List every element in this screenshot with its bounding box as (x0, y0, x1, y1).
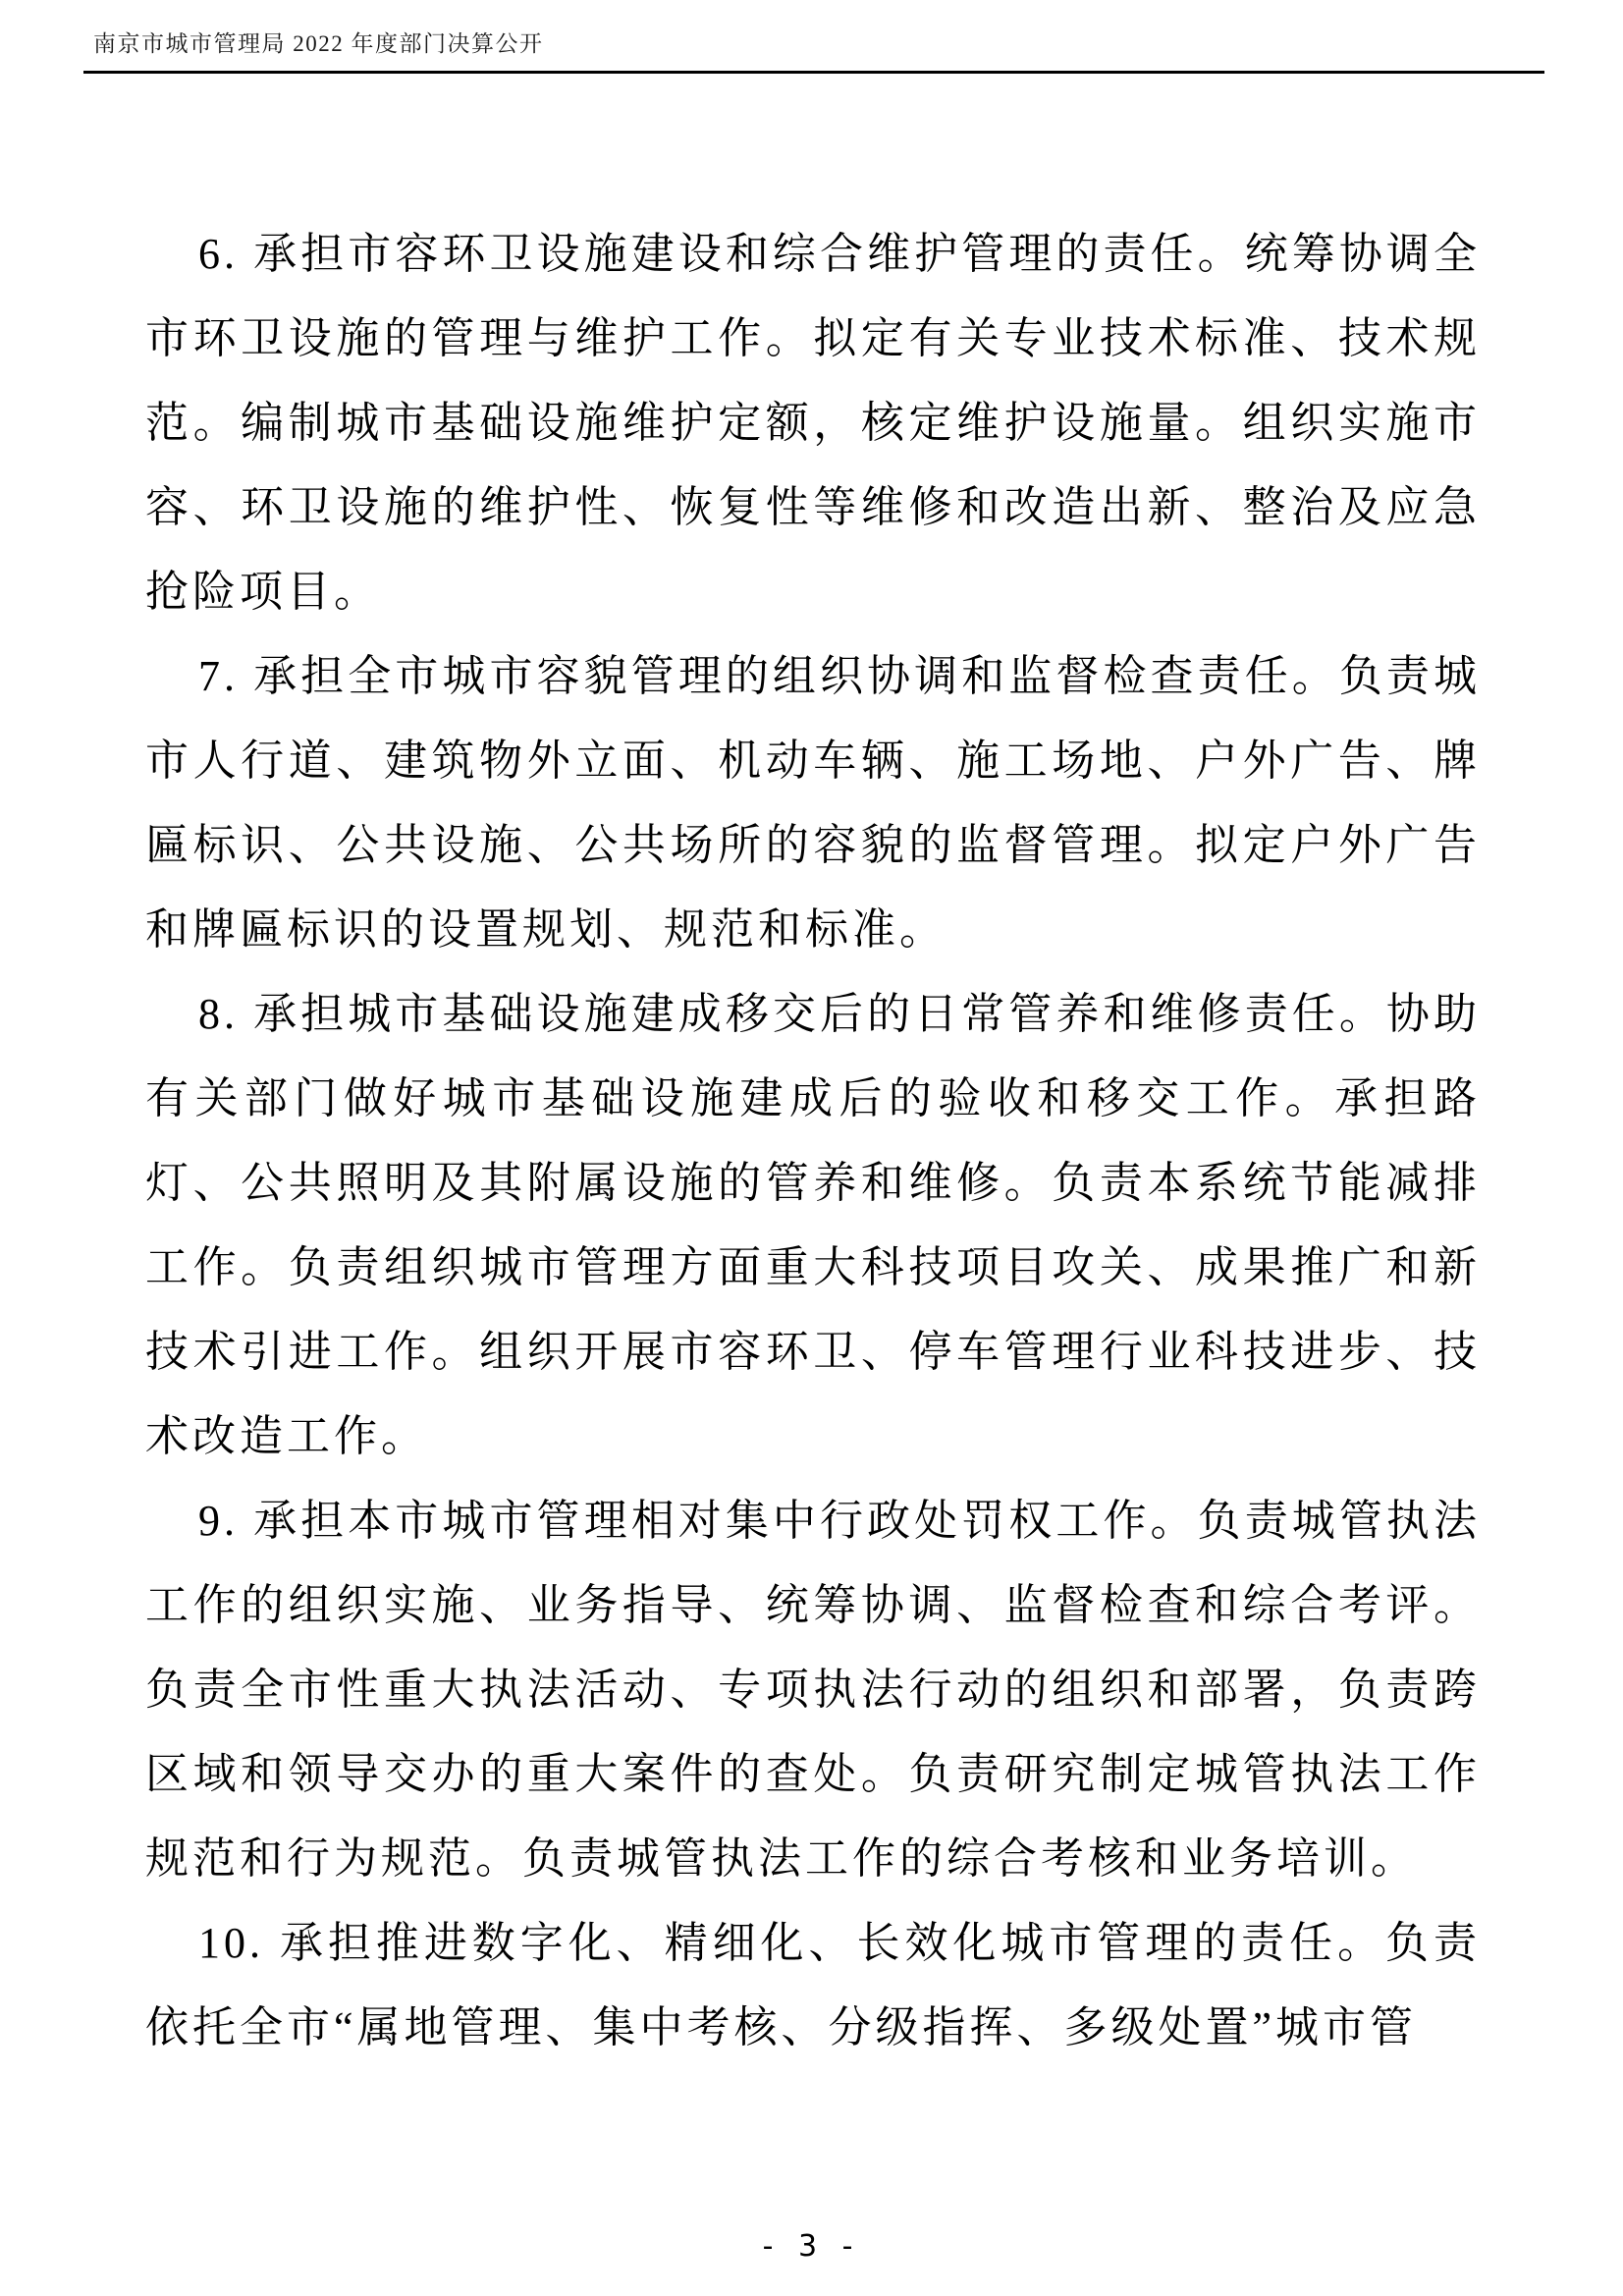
body-paragraph-6: 6. 承担市容环卫设施建设和综合维护管理的责任。统筹协调全市环卫设施的管理与维护… (145, 212, 1481, 634)
body-paragraph-9: 9. 承担本市城市管理相对集中行政处罚权工作。负责城管执法工作的组织实施、业务指… (145, 1479, 1481, 1901)
body-paragraph-10: 10. 承担推进数字化、精细化、长效化城市管理的责任。负责依托全市“属地管理、集… (145, 1901, 1481, 2070)
body-paragraph-7: 7. 承担全市城市容貌管理的组织协调和监督检查责任。负责城市人行道、建筑物外立面… (145, 634, 1481, 972)
document-body: 6. 承担市容环卫设施建设和综合维护管理的责任。统筹协调全市环卫设施的管理与维护… (145, 212, 1481, 2070)
page-number: - 3 - (0, 2229, 1623, 2264)
document-page: 南京市城市管理局 2022 年度部门决算公开 6. 承担市容环卫设施建设和综合维… (0, 0, 1623, 2296)
document-header-title: 南京市城市管理局 2022 年度部门决算公开 (93, 26, 544, 58)
body-paragraph-8: 8. 承担城市基础设施建成移交后的日常管养和维修责任。协助有关部门做好城市基础设… (145, 972, 1481, 1479)
header-divider-line (83, 71, 1544, 74)
